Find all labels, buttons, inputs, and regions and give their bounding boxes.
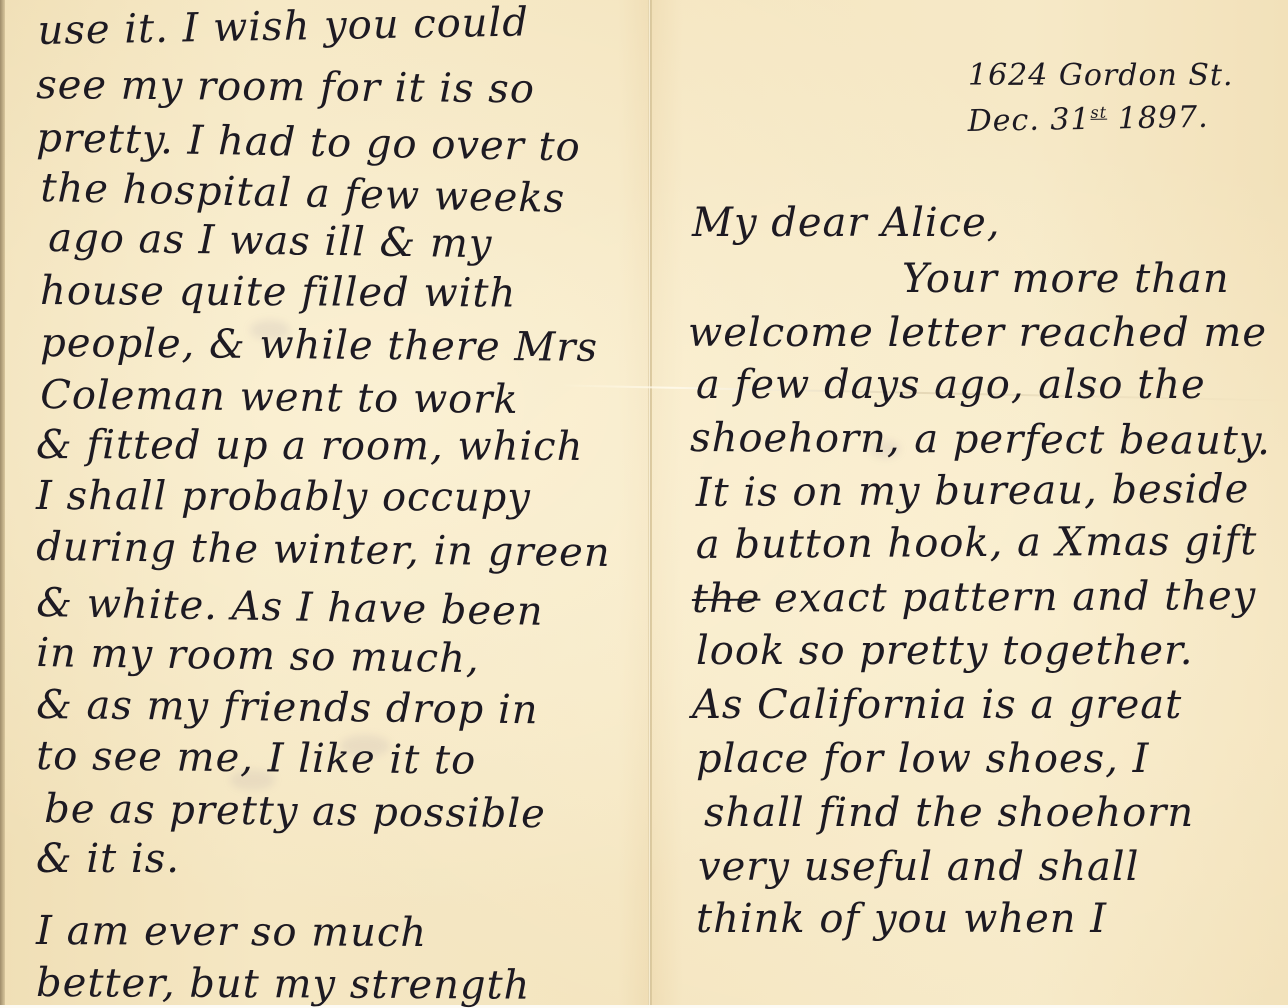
- sender-address: 1624 Gordon St.: [968, 58, 1234, 93]
- left-line-16: be as pretty as possible: [44, 786, 546, 837]
- date-year: 1897.: [1117, 100, 1208, 137]
- left-line-10: I shall probably occupy: [36, 473, 531, 521]
- right-line-7: the exact pattern and they: [692, 573, 1257, 622]
- left-line-9: & fitted up a room, which: [36, 422, 583, 470]
- date-ordinal: st: [1090, 103, 1107, 122]
- left-line-17: & it is.: [36, 836, 180, 882]
- salutation: My dear Alice,: [692, 200, 1001, 246]
- right-line-9: As California is a great: [692, 682, 1182, 728]
- left-line-12: & white. As I have been: [36, 580, 544, 635]
- right-line-11: shall find the shoehorn: [704, 790, 1194, 836]
- left-line-18: I am ever so much: [36, 908, 427, 956]
- left-line-6: house quite filled with: [40, 268, 516, 316]
- right-line-13: think of you when I: [696, 896, 1107, 942]
- left-line-13: in my room so much,: [36, 630, 480, 682]
- left-line-8: Coleman went to work: [40, 372, 519, 423]
- left-page: use it. I wish you could see my room for…: [0, 0, 648, 1008]
- left-line-19: better, but my strength: [36, 960, 530, 1008]
- right-line-8: look so pretty together.: [696, 628, 1193, 674]
- letter-date: Dec. 31st 1897.: [967, 100, 1209, 139]
- left-line-5: ago as I was ill & my: [48, 215, 493, 267]
- left-line-14: & as my friends drop in: [36, 682, 539, 733]
- left-line-11: during the winter, in green: [36, 524, 611, 576]
- left-line-7: people, & while there Mrs: [40, 320, 598, 371]
- left-line-15: to see me, I like it to: [36, 733, 476, 784]
- right-page: 1624 Gordon St. Dec. 31st 1897. My dear …: [652, 0, 1288, 1008]
- right-line-10: place for low shoes, I: [696, 736, 1149, 782]
- left-line-3: pretty. I had to go over to: [36, 115, 581, 170]
- right-line-3: a few days ago, also the: [696, 362, 1206, 408]
- right-line-2: welcome letter reached me: [688, 310, 1267, 356]
- right-line-4: shoehorn, a perfect beauty.: [690, 415, 1271, 464]
- right-line-7-text: exact pattern and they: [774, 573, 1256, 622]
- struck-word: the: [692, 576, 761, 622]
- right-line-6: a button hook, a Xmas gift: [696, 518, 1258, 568]
- right-line-5: It is on my bureau, beside: [696, 466, 1250, 516]
- right-line-12: very useful and shall: [698, 844, 1139, 890]
- letter-scan: use it. I wish you could see my room for…: [0, 0, 1288, 1008]
- date-day: Dec. 31: [967, 102, 1090, 139]
- right-line-1: Your more than: [902, 256, 1230, 302]
- left-line-2: see my room for it is so: [36, 62, 535, 112]
- left-line-1: use it. I wish you could: [37, 0, 529, 54]
- left-line-4: the hospital a few weeks: [40, 165, 566, 222]
